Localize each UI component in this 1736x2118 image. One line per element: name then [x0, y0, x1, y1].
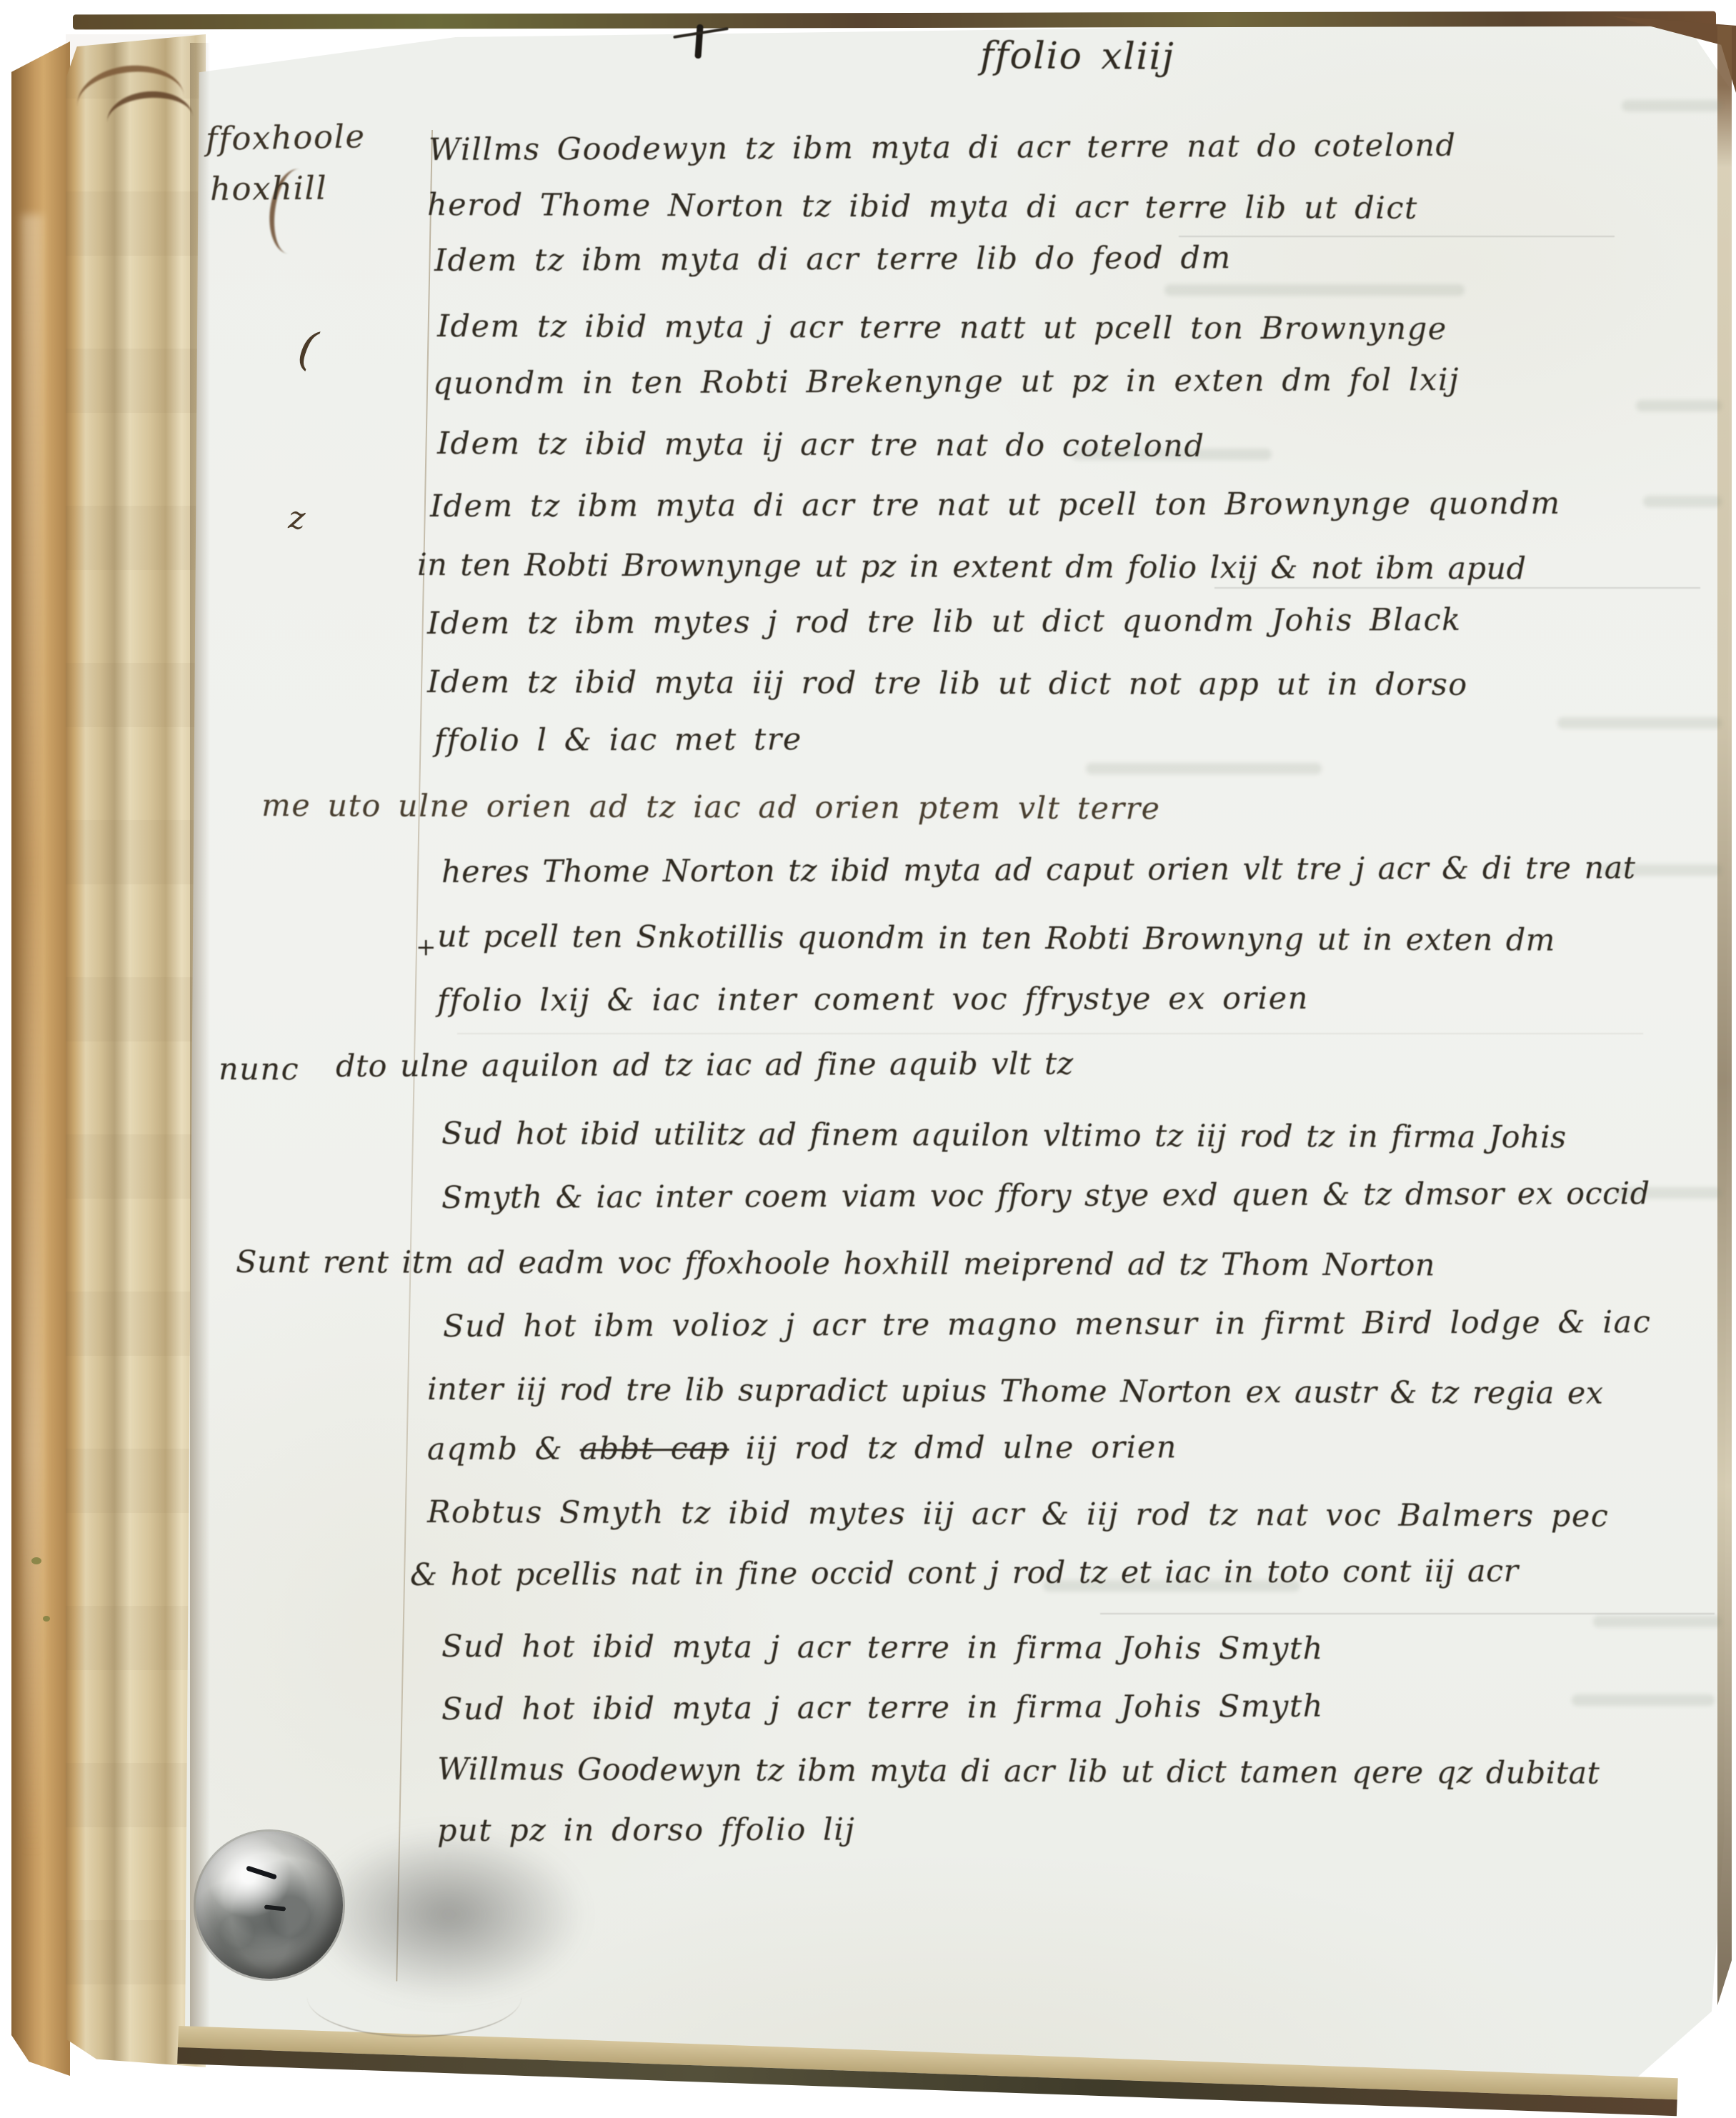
dagger-mark-icon: [677, 23, 727, 60]
line-text: iij rod tz dmd ulne orien: [729, 1429, 1177, 1467]
manuscript-line: in ten Robti Brownynge ut pz in extent d…: [417, 547, 1527, 586]
manuscript-line: quondm in ten Robti Brekenynge ut pz in …: [433, 362, 1460, 401]
manuscript-line: dto ulne aquilon ad tz iac ad fine aquib…: [336, 1046, 1074, 1084]
line-text: aqmb &: [427, 1431, 580, 1467]
manuscript-line: Sud hot ibid utilitz ad finem aquilon vl…: [442, 1116, 1567, 1155]
margin-place-name: hoxhill: [210, 169, 328, 208]
manuscript-line: Idem tz ibid myta j acr terre natt ut pc…: [437, 309, 1447, 347]
manuscript-line: ffolio lxij & iac inter coment voc ffrys…: [437, 981, 1309, 1019]
stud-shadow: [313, 1829, 584, 2000]
handwriting-layer: ffolio xliij ffoxhoole hoxhill Willms Go…: [0, 0, 1736, 2118]
manuscript-line: Sud hot ibid myta j acr terre in firma J…: [442, 1689, 1324, 1727]
stud-scratch: [264, 1904, 286, 1911]
dagger-stem: [694, 24, 703, 59]
manuscript-line: Idem tz ibm mytes j rod tre lib ut dict …: [427, 602, 1462, 641]
margin-word-nunc: nunc: [219, 1051, 299, 1087]
stud-scratch: [246, 1865, 277, 1879]
folio-heading: ffolio xliij: [980, 34, 1175, 79]
manuscript-line: & hot pcellis nat in fine occid cont j r…: [410, 1554, 1519, 1593]
metal-stud: [196, 1832, 343, 1979]
manuscript-line: ut pcell ten Snkotillis quondm in ten Ro…: [437, 919, 1555, 958]
manuscript-line: Robtus Smyth tz ibid mytes iij acr & iij…: [427, 1494, 1610, 1534]
manuscript-line: Sud hot ibid myta j acr terre in firma J…: [442, 1629, 1324, 1667]
manuscript-line: aqmb & abbt cap iij rod tz dmd ulne orie…: [427, 1429, 1177, 1467]
manuscript-line: Idem tz ibm myta di acr tre nat ut pcell…: [430, 486, 1561, 524]
manuscript-line: Willmus Goodewyn tz ibm myta di acr lib …: [437, 1752, 1600, 1792]
manuscript-line: Idem tz ibid myta ij acr tre nat do cote…: [437, 426, 1205, 464]
manuscript-line: Idem tz ibm myta di acr terre lib do feo…: [434, 240, 1232, 279]
manuscript-line: Idem tz ibid myta iij rod tre lib ut dic…: [427, 664, 1468, 703]
manuscript-line: Sud hot ibm volioz j acr tre magno mensu…: [443, 1304, 1652, 1344]
manuscript-line: herod Thome Norton tz ibid myta di acr t…: [427, 187, 1418, 226]
manuscript-photo: ( z ffolio xliij ffoxhoole hoxhill Willm…: [0, 0, 1736, 2118]
margin-place-name: ffoxhoole: [206, 117, 366, 158]
manuscript-line: Willms Goodewyn tz ibm myta di acr terre…: [429, 128, 1457, 168]
struck-words: abbt cap: [580, 1431, 729, 1467]
cross-mark: +: [416, 933, 437, 961]
manuscript-line: ffolio l & iac met tre: [434, 721, 802, 759]
manuscript-line: inter iij rod tre lib supradict upius Th…: [427, 1372, 1604, 1412]
manuscript-line: heres Thome Norton tz ibid myta ad caput…: [442, 850, 1636, 890]
manuscript-line: Smyth & iac inter coem viam voc ffory st…: [442, 1176, 1650, 1216]
manuscript-line: me uto ulne orien ad tz iac ad orien pte…: [261, 788, 1161, 826]
manuscript-line: Sunt rent itm ad eadm voc ffoxhoole hoxh…: [236, 1244, 1435, 1283]
